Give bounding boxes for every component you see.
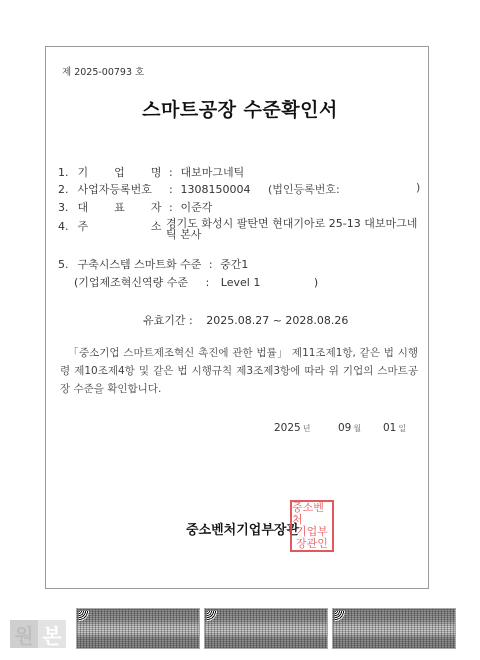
address-value: 경기도 화성시 팔탄면 현대기아로 25-13 대보마그네틱 본사 [166, 218, 426, 240]
field-smart-level: 5. 구축시스템 스마트화 수준 : 중간1 [58, 256, 248, 272]
field-value: 이준각 [181, 201, 213, 214]
field-label: 구축시스템 스마트화 수준 [78, 258, 202, 271]
official-seal-stamp: 중소벤처 기업부 장관인 [290, 500, 334, 552]
corp-reg-close: ) [416, 181, 420, 194]
document-title: 스마트공장 수준확인서 [0, 95, 480, 122]
field-representative: 3. 대 표 자 : 이준각 [58, 199, 212, 215]
field-value: 1308150004 [181, 183, 251, 196]
field-value: Level 1 [221, 276, 261, 289]
issuer-name: 중소벤처기업부장관 [186, 519, 299, 538]
date-year: 2025년 [274, 422, 310, 434]
document-number: 제 2025-00793 호 [62, 64, 144, 78]
validity-period: 유효기간 : 2025.08.27 ~ 2028.08.26 [143, 312, 348, 328]
validity-label: 유효기간 : [143, 314, 193, 327]
certification-statement: 「중소기업 스마트제조혁신 촉진에 관한 법률」 제11조제1항, 같은 법 시… [60, 344, 418, 398]
security-barcode-2 [204, 608, 328, 649]
date-day: 01일 [383, 422, 406, 434]
field-company-name: 1. 기 업 명 : 대보마그네틱 [58, 164, 244, 180]
security-barcode-1 [76, 608, 200, 649]
security-barcode-3 [332, 608, 456, 649]
original-document-mark: 원 본 [10, 620, 66, 648]
field-innovation-level: (기업제조혁신역량 수준 : Level 1 ) [74, 274, 318, 290]
field-business-reg-number: 2. 사업자등록번호 : 1308150004 [58, 181, 251, 197]
validity-value: 2025.08.27 ~ 2028.08.26 [206, 314, 348, 327]
corp-reg-label: (법인등록번호: [268, 181, 340, 197]
field-value: 중간1 [220, 258, 248, 271]
field-value: 대보마그네틱 [181, 166, 245, 179]
barcode-marker-icon [207, 611, 217, 621]
field-label: 기 업 명 [78, 164, 162, 180]
date-month: 09월 [338, 422, 361, 434]
field-label: 주 소 [78, 218, 162, 234]
barcode-marker-icon [79, 611, 89, 621]
field-label: (기업제조혁신역량 수준 [74, 276, 188, 289]
field-label: 대 표 자 [78, 199, 162, 215]
field-address: 4. 주 소 : [58, 218, 177, 234]
field-label: 사업자등록번호 [78, 181, 162, 197]
barcode-marker-icon [335, 611, 345, 621]
